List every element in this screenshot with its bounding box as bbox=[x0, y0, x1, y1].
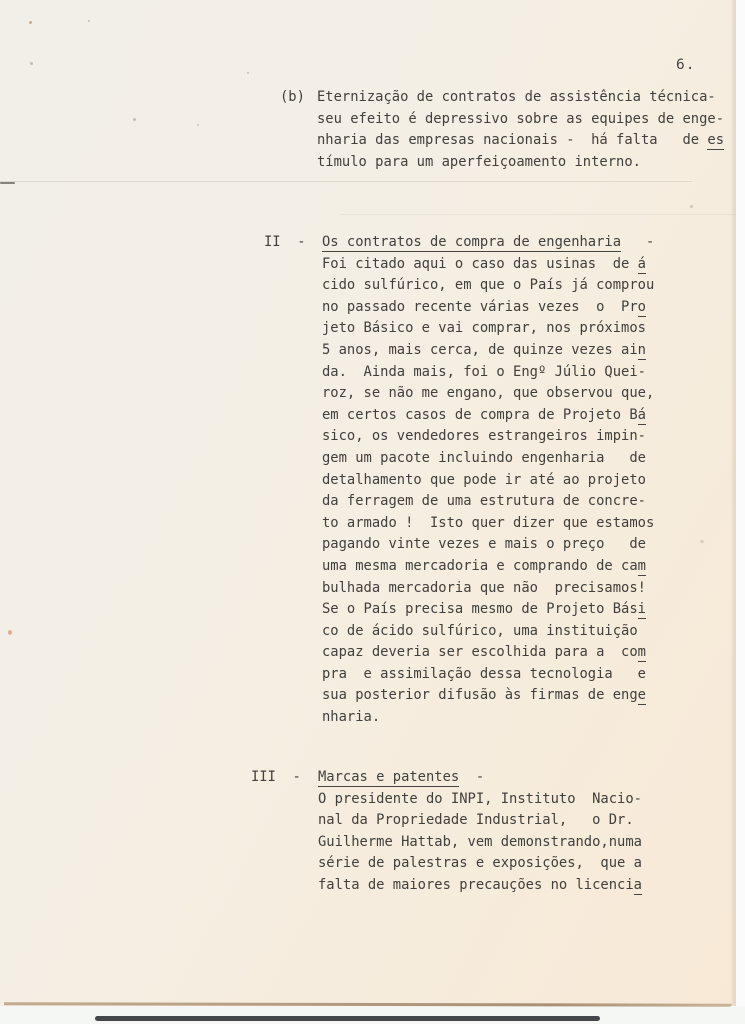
text-line: 5 anos, mais cerca, de quinze vezes ain bbox=[322, 340, 654, 362]
text-line: pra e assimilação dessa tecnologia e bbox=[322, 664, 654, 686]
text-line: jeto Básico e vai comprar, nos próximos bbox=[322, 318, 654, 340]
paper-speck bbox=[8, 630, 12, 635]
text-line: pagando vinte vezes e mais o preço de bbox=[322, 534, 654, 556]
section-ii-numeral: II - bbox=[264, 232, 306, 254]
paper-speck bbox=[690, 205, 693, 208]
text-line: cido sulfúrico, em que o País já comprou bbox=[322, 275, 654, 297]
text-line: Foi citado aqui o caso das usinas de á bbox=[322, 254, 654, 276]
text-line: Marcas e patentes - bbox=[318, 767, 642, 789]
paper-speck bbox=[88, 20, 90, 22]
section-iii-paragraph: Marcas e patentes -O presidente do INPI,… bbox=[318, 767, 642, 897]
text-line: nharia das empresas nacionais - há falta… bbox=[317, 130, 724, 152]
scanner-shadow-line bbox=[95, 1016, 600, 1021]
text-line: em certos casos de compra de Projeto Bá bbox=[322, 405, 654, 427]
text-line: seu efeito é depressivo sobre as equipes… bbox=[317, 109, 724, 131]
scanner-right-strip bbox=[735, 0, 745, 1024]
item-b-label: (b) bbox=[280, 87, 305, 109]
scratch-line bbox=[0, 181, 692, 182]
section-ii-paragraph: Os contratos de compra de engenharia -Fo… bbox=[322, 232, 654, 729]
text-line: da ferragem de uma estrutura de concre- bbox=[322, 491, 654, 513]
text-line: no passado recente várias vezes o Pro bbox=[322, 297, 654, 319]
text-line: sua posterior difusão às firmas de enge bbox=[322, 685, 654, 707]
item-b-paragraph: Eternização de contratos de assistência … bbox=[317, 87, 724, 173]
text-line: Guilherme Hattab, vem demonstrando,numa bbox=[318, 832, 642, 854]
scanner-bottom-strip bbox=[0, 1006, 745, 1024]
paper-speck bbox=[30, 62, 33, 65]
text-line: nal da Propriedade Industrial, o Dr. bbox=[318, 810, 642, 832]
paper-speck bbox=[29, 21, 32, 24]
scanned-document-page: 6. (b) Eternização de contratos de assis… bbox=[0, 0, 745, 1024]
paper-speck bbox=[700, 540, 704, 543]
page-number: 6. bbox=[676, 57, 695, 73]
text-line: Se o País precisa mesmo de Projeto Bási bbox=[322, 599, 654, 621]
text-line: co de ácido sulfúrico, uma instituição bbox=[322, 621, 654, 643]
scratch-line bbox=[340, 214, 740, 215]
text-line: roz, se não me engano, que observou que, bbox=[322, 383, 654, 405]
paper-speck bbox=[197, 124, 199, 126]
text-line: falta de maiores precauções no licencia bbox=[318, 875, 642, 897]
text-line: detalhamento que pode ir até ao projeto bbox=[322, 470, 654, 492]
text-line: bulhada mercadoria que não precisamos! bbox=[322, 578, 654, 600]
text-line: to armado ! Isto quer dizer que estamos bbox=[322, 513, 654, 535]
text-line: tímulo para um aperfeiçoamento interno. bbox=[317, 152, 724, 174]
text-line: Eternização de contratos de assistência … bbox=[317, 87, 724, 109]
text-line: nharia. bbox=[322, 707, 654, 729]
text-line: gem um pacote incluindo engenharia de bbox=[322, 448, 654, 470]
paper-speck bbox=[133, 118, 136, 121]
text-line: da. Ainda mais, foi o Engº Júlio Quei- bbox=[322, 362, 654, 384]
text-line: Os contratos de compra de engenharia - bbox=[322, 232, 654, 254]
text-line: sico, os vendedores estrangeiros impin- bbox=[322, 426, 654, 448]
paper-speck bbox=[426, 650, 429, 652]
text-line: O presidente do INPI, Instituto Nacio- bbox=[318, 789, 642, 811]
text-line: uma mesma mercadoria e comprando de cam bbox=[322, 556, 654, 578]
paper-speck bbox=[247, 72, 249, 74]
text-line: capaz deveria ser escolhida para a com bbox=[322, 642, 654, 664]
section-iii-numeral: III - bbox=[251, 767, 301, 789]
text-line: série de palestras e exposições, que a bbox=[318, 853, 642, 875]
scratch-mark bbox=[0, 182, 15, 184]
